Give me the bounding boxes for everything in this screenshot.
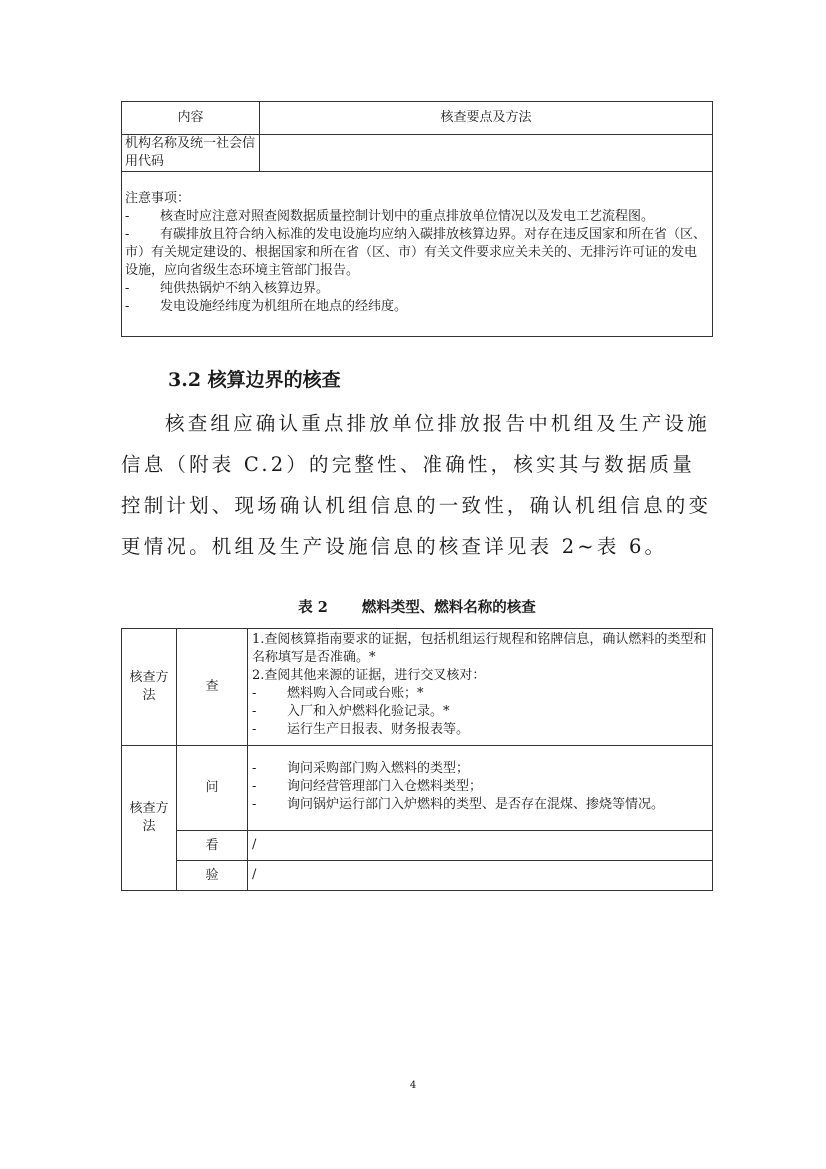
header-content: 内容 [122,102,260,135]
table-caption: 表 2燃料类型、燃料名称的核查 [121,596,713,617]
notes-cell: 注意事项： -核查时应注意对照查阅数据质量控制计划中的重点排放单位情况以及发电工… [122,172,713,337]
check-content: 1.查阅核算指南要求的证据，包括机组运行规程和铭牌信息，确认燃料的类型和名称填写… [248,629,713,746]
row-label-institution: 机构名称及统一社会信用代码 [122,135,260,172]
section-paragraph: 核查组应确认重点排放单位排放报告中机组及生产设施信息（附表 C.2）的完整性、准… [121,403,713,567]
section-heading: 3.2 核算边界的核查 [168,365,341,392]
method-label: 核查方法 [122,629,177,746]
table-title: 燃料类型、燃料名称的核查 [362,599,536,616]
verify-content: / [248,861,713,891]
kind-ask: 问 [177,746,248,831]
look-content: / [248,831,713,861]
ask-content: -询问采购部门购入燃料的类型； -询问经营管理部门入仓燃料类型； -询问锅炉运行… [248,746,713,831]
institution-table: 内容 核查要点及方法 机构名称及统一社会信用代码 注意事项： -核查时应注意对照… [121,101,713,337]
row-value-institution [260,135,713,172]
notes-title: 注意事项： [125,190,709,208]
header-check-points: 核查要点及方法 [260,102,713,135]
kind-look: 看 [177,831,248,861]
fuel-check-table: 核查方法 查 1.查阅核算指南要求的证据，包括机组运行规程和铭牌信息，确认燃料的… [121,628,713,891]
table-number: 表 2 [298,599,328,616]
note-item: -发电设施经纬度为机组所在地点的经纬度。 [125,298,709,316]
note-item: -有碳排放且符合纳入标准的发电设施均应纳入碳排放核算边界。对存在违反国家和所在省… [125,226,709,280]
kind-verify: 验 [177,861,248,891]
method-label: 核查方法 [122,746,177,891]
page-number: 4 [0,1080,826,1091]
note-item: -核查时应注意对照查阅数据质量控制计划中的重点排放单位情况以及发电工艺流程图。 [125,208,709,226]
note-item: -纯供热锅炉不纳入核算边界。 [125,280,709,298]
kind-check: 查 [177,629,248,746]
